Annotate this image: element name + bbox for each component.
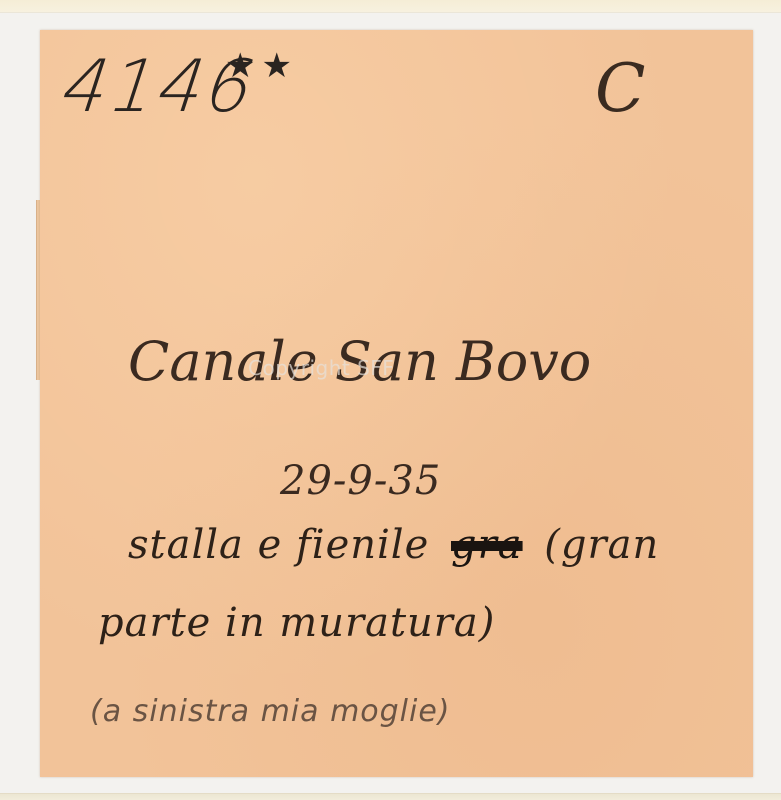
description-text: stalla e fienile — [128, 522, 429, 568]
classification-letter: C — [595, 50, 647, 127]
pencil-note: (a sinistra mia moglie) — [90, 694, 451, 729]
adjacent-card-bottom-edge — [0, 793, 781, 800]
archival-note-card: 4146 ★★ C Canale San Bovo 29-9-35 stalla… — [40, 30, 753, 777]
adjacent-card-top-edge — [0, 0, 781, 13]
description-line-2: parte in muratura) — [98, 600, 495, 646]
struck-out-word: gra — [451, 522, 523, 568]
copyright-watermark: Copyright SFF — [248, 356, 394, 380]
star-marks-icon: ★★ — [225, 46, 298, 86]
description-text-continued: (gran — [544, 522, 659, 568]
date: 29-9-35 — [280, 458, 441, 504]
description-line-1: stalla e fienile gra (gran — [128, 522, 659, 568]
